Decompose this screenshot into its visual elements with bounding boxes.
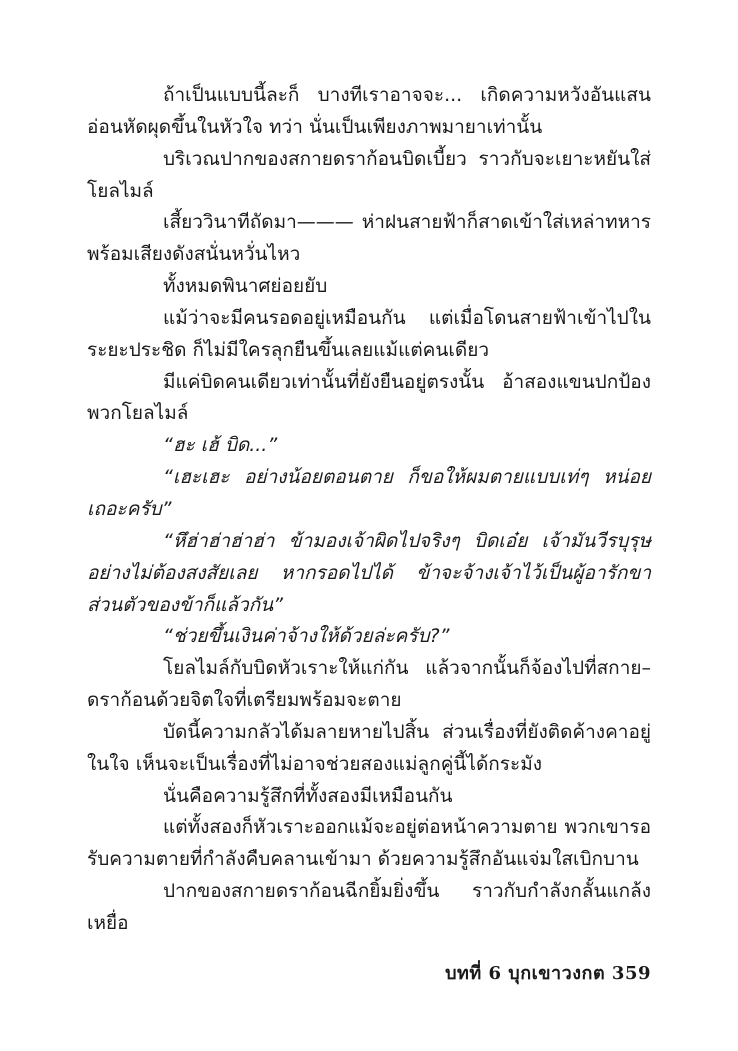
paragraph-8: บัดนี้ความกลัวได้มลายหายไปสิ้น ส่วนเรื่อ… [87, 717, 651, 781]
paragraph-4: ทั้งหมดพินาศย่อยยับ [87, 271, 651, 303]
paragraph-5: แม้ว่าจะมีคนรอดอยู่เหมือนกัน แต่เมื่อโดน… [87, 303, 651, 367]
dialogue-4: “ช่วยขึ้นเงินค่าจ้างให้ด้วยล่ะครับ?” [87, 621, 651, 653]
paragraph-9: นั่นคือความรู้สึกที่ทั้งสองมีเหมือนกัน [87, 781, 651, 813]
paragraph-10: แต่ทั้งสองก็หัวเราะออกแม้จะอยู่ต่อหน้าคว… [87, 812, 651, 876]
paragraph-6: มีแค่บิดคนเดียวเท่านั้นที่ยังยืนอยู่ตรงน… [87, 367, 651, 431]
dialogue-1: “ฮะ เฮ้ บิด...” [87, 430, 651, 462]
paragraph-1: ถ้าเป็นแบบนี้ละก็ บางทีเราอาจจะ... เกิดค… [87, 80, 651, 144]
page-footer-chapter-page-number: บทที่ 6 บุกเขาวงกต 359 [445, 958, 651, 987]
paragraph-11: ปากของสกายดราก้อนฉีกยิ้มยิ่งขึ้น ราวกับก… [87, 876, 651, 940]
paragraph-3: เสี้ยววินาทีถัดมา——— ห่าฝนสายฟ้าก็สาดเข้… [87, 207, 651, 271]
book-page-body: ถ้าเป็นแบบนี้ละก็ บางทีเราอาจจะ... เกิดค… [87, 80, 651, 940]
paragraph-7: โยลไมล์กับบิดหัวเราะให้แก่กัน แล้วจากนั้… [87, 653, 651, 717]
paragraph-2: บริเวณปากของสกายดราก้อนบิดเบี้ยว ราวกับจ… [87, 144, 651, 208]
dialogue-3: “หึฮ่าฮ่าฮ่าฮ่า ข้ามองเจ้าผิดไปจริงๆ บิด… [87, 526, 651, 622]
dialogue-2: “เฮะเฮะ อย่างน้อยตอนตาย ก็ขอให้ผมตายแบบเ… [87, 462, 651, 526]
